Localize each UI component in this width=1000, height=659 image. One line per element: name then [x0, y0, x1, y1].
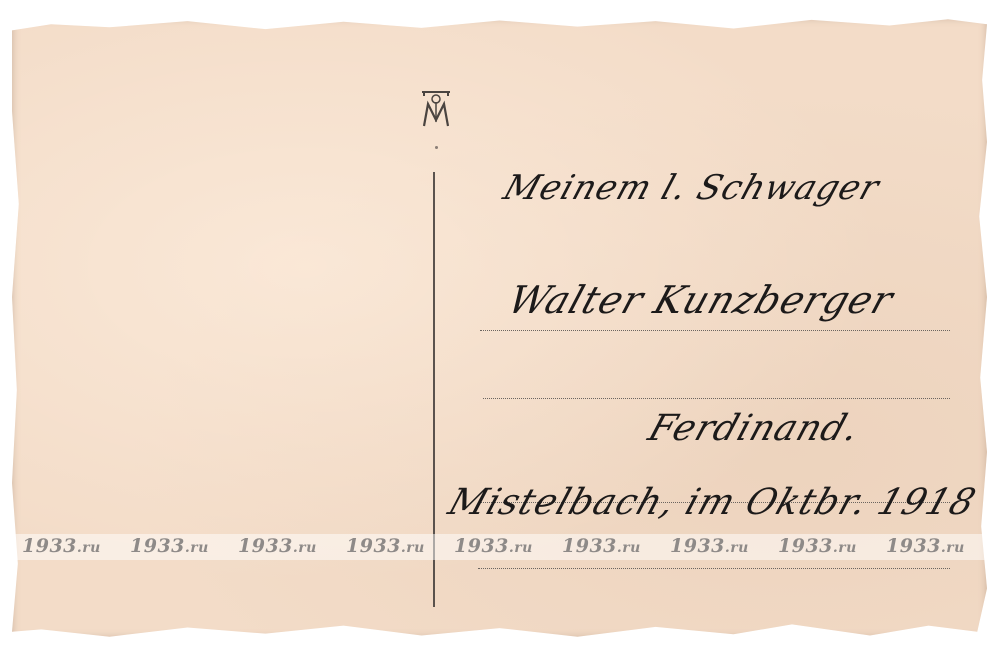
address-line-4 — [478, 568, 950, 569]
watermark-text: 1933.ru — [346, 535, 425, 557]
publisher-monogram-icon — [418, 88, 454, 130]
watermark-text: 1933.ru — [130, 535, 209, 557]
watermark-text: 1933.ru — [670, 535, 749, 557]
handwritten-date-line: Mistelbach, im Oktbr. 1918 — [443, 482, 981, 523]
watermark-text: 1933.ru — [886, 535, 965, 557]
address-line-2 — [483, 398, 950, 399]
handwritten-recipient-name: Walter Kunzberger — [503, 278, 899, 322]
address-line-1 — [480, 330, 950, 331]
handwritten-greeting: Meinem l. Schwager — [499, 168, 885, 208]
watermark-text: 1933.ru — [454, 535, 533, 557]
handwritten-sender-name: Ferdinand. — [643, 408, 865, 449]
logo-dot — [435, 146, 438, 149]
watermark-text: 1933.ru — [562, 535, 641, 557]
watermark-text: 1933.ru — [22, 535, 101, 557]
watermark-text: 1933.ru — [778, 535, 857, 557]
watermark-text: 1933.ru — [238, 535, 317, 557]
